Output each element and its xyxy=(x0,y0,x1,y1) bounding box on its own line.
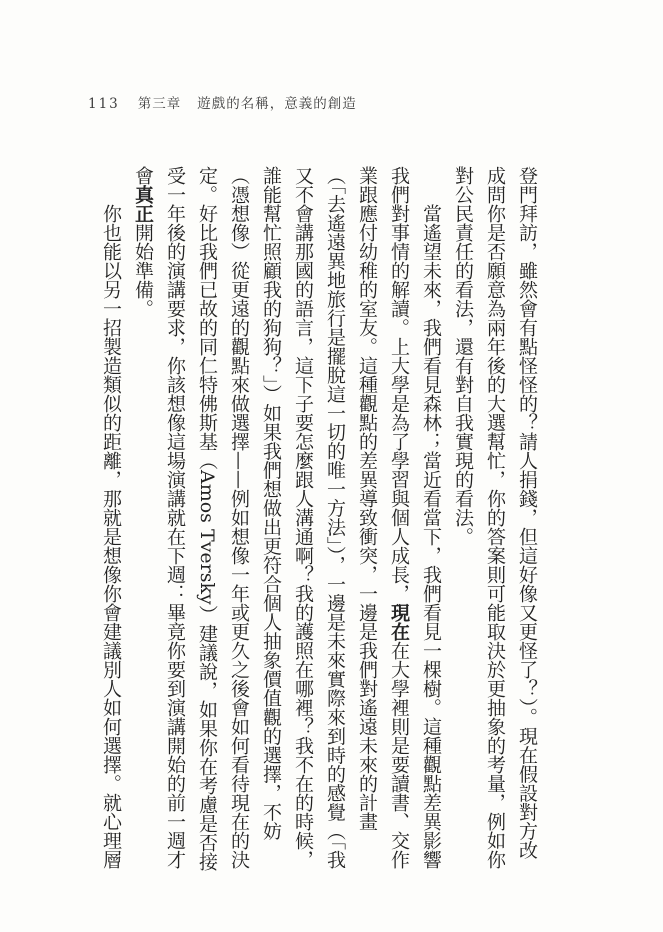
running-head: 113第三章遊戲的名稱，意義的創造 xyxy=(88,92,357,112)
book-page: 113第三章遊戲的名稱，意義的創造 登門拜訪，雖然會有點怪怪的？請人捐錢，但這好… xyxy=(0,0,663,932)
paragraph-3: 你也能以另一招製造類似的距離，那就是想像你會建議別人如何選擇。就心理層 xyxy=(95,166,127,876)
chapter-title: 遊戲的名稱，意義的創造 xyxy=(197,96,357,112)
paragraph-2-bold-now: 現在 xyxy=(388,603,410,641)
paragraph-2-run-3: 在大學裡則是要讀書、交作業跟應付幼稚的室友。這種觀點的差異導致衝突，一邊是我們對… xyxy=(132,166,410,871)
page-number: 113 xyxy=(88,96,120,112)
paragraph-2-run-5: 開始準備。 xyxy=(132,223,154,318)
paragraph-3-text: 你也能以另一招製造類似的距離，那就是想像你會建議別人如何選擇。就心理層 xyxy=(100,204,122,869)
paragraph-1: 登門拜訪，雖然會有點怪怪的？請人捐錢，但這好像又更怪了？）。現在假設對方改成問你… xyxy=(447,166,543,876)
chapter-label: 第三章 xyxy=(138,96,182,112)
paragraph-2-bold-really: 真正 xyxy=(132,185,154,223)
body-text: 登門拜訪，雖然會有點怪怪的？請人捐錢，但這好像又更怪了？）。現在假設對方改成問你… xyxy=(91,166,543,876)
paragraph-2: 當遙望未來，我們看見森林；當近看當下，我們看見一棵樹。這種觀點差異影響我們對事情… xyxy=(127,166,447,876)
paragraph-1-text: 登門拜訪，雖然會有點怪怪的？請人捐錢，但這好像又更怪了？）。現在假設對方改成問你… xyxy=(452,166,538,869)
